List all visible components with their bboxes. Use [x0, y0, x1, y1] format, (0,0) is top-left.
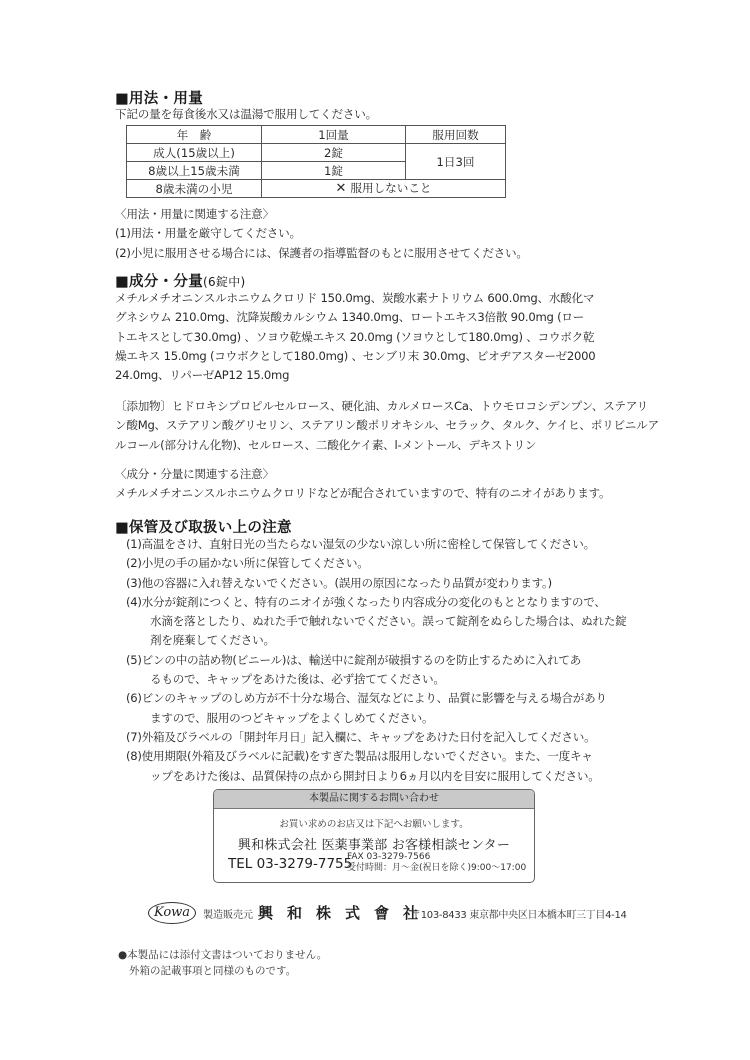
storage-item: (4)水分が錠剤につくと、特有のニオイが強くなったり内容成分の変化のもととなりま…: [122, 593, 642, 612]
cell-age: 成人(15歳以上): [127, 144, 262, 162]
storage-item-cont: るもので、キャップをあけた後は、必ず捨ててください。: [122, 670, 642, 689]
ingredients-line: グネシウム 210.0mg、沈降炭酸カルシウム 1340.0mg、ロートエキス3…: [115, 308, 635, 327]
cell-not-allowed: ✕服用しないこと: [262, 180, 506, 198]
ingredients-notes: 〈成分・分量に関連する注意〉 メチルメチオニンスルホニウムクロリドなどが配合され…: [115, 465, 635, 504]
not-allowed-text: 服用しないこと: [350, 181, 431, 195]
additives-list: 〔添加物〕ヒドロキシプロピルセルロース、硬化油、カルメロースCa、トウモロコシデ…: [115, 397, 635, 455]
cell-amount: 2錠: [262, 144, 406, 162]
storage-item: (1)高温をさけ、直射日光の当たらない湿気の少ない涼しい所に密栓して保管してくだ…: [122, 535, 642, 554]
dosage-table: 年 齢 1回量 服用回数 成人(15歳以上) 2錠 1日3回 8歳以上15歳未満…: [126, 125, 506, 198]
dosage-notes-heading: 〈用法・用量に関連する注意〉: [115, 205, 635, 224]
storage-list: (1)高温をさけ、直射日光の当たらない湿気の少ない涼しい所に密栓して保管してくだ…: [122, 535, 642, 786]
storage-item: (7)外箱及びラベルの「開封年月日」記入欄に、キャップをあけた日付を記入してくだ…: [122, 728, 642, 747]
contact-hours: 受付時間：月～金(祝日を除く)9:00～17:00: [347, 863, 526, 874]
storage-item-cont: 剤を廃棄してください。: [122, 631, 642, 650]
dosage-intro: 下記の量を毎食後水又は温湯で服用してください。: [115, 104, 377, 124]
contact-title: 本製品に関するお問い合わせ: [214, 790, 534, 809]
storage-item: (5)ビンの中の詰め物(ビニール)は、輸送中に錠剤が破損するのを防止するために入…: [122, 651, 642, 670]
ingredients-line: メチルメチオニンスルホニウムクロリド 150.0mg、炭酸水素ナトリウム 600…: [115, 289, 635, 308]
cell-amount: 1錠: [262, 162, 406, 180]
kowa-logo: Kowa: [148, 902, 196, 924]
notice-line1: 本製品には添付文書はついておりません。: [127, 949, 327, 961]
cell-age: 8歳以上15歳未満: [127, 162, 262, 180]
header-age: 年 齢: [127, 126, 262, 144]
cell-age: 8歳未満の小児: [127, 180, 262, 198]
company-address: 〒103-8433 東京都中央区日本橋本町三丁目4-14: [411, 906, 627, 921]
storage-item-cont: 水滴を落としたり、ぬれた手で触れないでください。誤って錠剤をぬらした場合は、ぬれ…: [122, 612, 642, 631]
storage-item-cont: ップをあけた後は、品質保持の点から開封日より6ヵ月以内を目安に服用してください。: [122, 767, 642, 786]
company-name: 興和株式會社: [258, 902, 432, 923]
contact-line1: お買い求めのお店又は下記へお願いします。: [214, 816, 534, 830]
storage-item: (2)小児の手の届かない所に保管してください。: [122, 554, 642, 573]
ingredients-line: 24.0mg、リパーゼAP12 15.0mg: [115, 366, 635, 385]
table-row: 8歳未満の小児 ✕服用しないこと: [127, 180, 506, 198]
storage-item: (8)使用期限(外箱及びラベルに記載)をすぎた製品は服用しないでください。また、…: [122, 747, 642, 766]
notice: ●本製品には添付文書はついておりません。 外箱の記載事項と同様のものです。: [118, 947, 327, 979]
cross-icon: ✕: [335, 181, 346, 196]
dosage-notes: 〈用法・用量に関連する注意〉 (1)用法・用量を厳守してください。 (2)小児に…: [115, 205, 635, 263]
dosage-note-item: (2)小児に服用させる場合には、保護者の指導監督のもとに服用させてください。: [115, 244, 635, 263]
table-row: 成人(15歳以上) 2錠 1日3回: [127, 144, 506, 162]
storage-item: (3)他の容器に入れ替えないでください。(誤用の原因になったり品質が変わります。…: [122, 574, 642, 593]
additives-line: ルコール(部分けん化物)、セルロース、二酸化ケイ素、l-メントール、デキストリン: [115, 436, 635, 455]
ingredients-heading: ■成分・分量(6錠中): [115, 270, 246, 291]
ingredients-notes-text: メチルメチオニンスルホニウムクロリドなどが配合されていますので、特有のニオイがあ…: [115, 484, 635, 503]
table-header-row: 年 齢 1回量 服用回数: [127, 126, 506, 144]
ingredients-notes-heading: 〈成分・分量に関連する注意〉: [115, 465, 635, 484]
notice-line2: 外箱の記載事項と同様のものです。: [118, 963, 327, 979]
header-amount: 1回量: [262, 126, 406, 144]
dosage-note-item: (1)用法・用量を厳守してください。: [115, 224, 635, 243]
maker-label: 製造販売元: [203, 906, 253, 921]
header-frequency: 服用回数: [406, 126, 506, 144]
bullet-icon: ●: [118, 949, 127, 961]
additives-line: ン酸Mg、ステアリン酸グリセリン、ステアリン酸ポリオキシル、セラック、タルク、ケ…: [115, 416, 635, 435]
cell-frequency: 1日3回: [406, 144, 506, 180]
additives-line: 〔添加物〕ヒドロキシプロピルセルロース、硬化油、カルメロースCa、トウモロコシデ…: [115, 397, 635, 416]
contact-center-name: 興和株式会社 医薬事業部 お客様相談センター: [214, 834, 534, 853]
contact-fax: FAX 03-3279-7566: [347, 852, 526, 863]
storage-item: (6)ビンのキャップのしめ方が不十分な場合、湿気などにより、品質に影響を与える場…: [122, 689, 642, 708]
ingredients-heading-text: ■成分・分量: [115, 274, 203, 290]
ingredients-heading-sub: (6錠中): [203, 275, 246, 289]
ingredients-line: トエキスとして30.0mg) 、ソヨウ乾燥エキス 20.0mg (ソヨウとして1…: [115, 328, 635, 347]
storage-item-cont: ますので、服用のつどキャップをよくしめてください。: [122, 709, 642, 728]
ingredients-list: メチルメチオニンスルホニウムクロリド 150.0mg、炭酸水素ナトリウム 600…: [115, 289, 635, 385]
ingredients-line: 燥エキス 15.0mg (コウボクとして180.0mg) 、センブリ末 30.0…: [115, 347, 635, 366]
storage-heading: ■保管及び取扱い上の注意: [115, 516, 292, 537]
contact-box: 本製品に関するお問い合わせ お買い求めのお店又は下記へお願いします。 興和株式会…: [213, 789, 535, 883]
contact-tel: TEL 03-3279-7755: [228, 856, 352, 872]
contact-fax-hours: FAX 03-3279-7566 受付時間：月～金(祝日を除く)9:00～17:…: [347, 852, 526, 874]
